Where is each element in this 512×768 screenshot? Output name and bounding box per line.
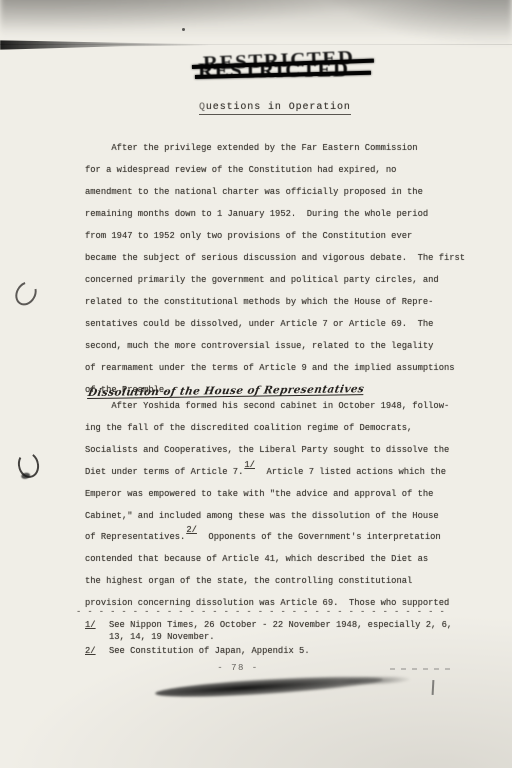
text-line: contended that because of Article 41, wh…	[85, 549, 495, 571]
footnote-text: See Constitution of Japan, Appendix 5.	[109, 645, 485, 657]
footnote-ref-marker: 2/	[185, 525, 198, 535]
margin-annotation-circle	[16, 450, 42, 480]
footnote-text: See Nippon Times, 26 October - 22 Novemb…	[109, 619, 485, 644]
margin-annotation-circle	[11, 278, 41, 310]
restricted-stamp: RESTRICTED RESTRICTED	[198, 50, 376, 98]
text-line: See Nippon Times, 26 October - 22 Novemb…	[109, 619, 485, 631]
text-line: became the subject of serious discussion…	[85, 247, 495, 269]
text-lines: Emperor was empowered to take with "the …	[85, 484, 495, 528]
line-text: Diet under terms of Article 7.	[85, 467, 243, 477]
text-line: second, much the more controversial issu…	[85, 335, 495, 357]
text-line: Socialists and Cooperatives, the Liberal…	[85, 440, 495, 462]
text-line: After the privilege extended by the Far …	[85, 137, 495, 159]
text-line: of rearmament under the terms of Article…	[85, 357, 495, 379]
text-line: remaining months down to 1 January 1952.…	[85, 203, 495, 225]
footnote-marker: 2/	[85, 645, 109, 657]
text-line-with-footnote-ref: Diet under terms of Article 7.1/ Article…	[85, 462, 495, 484]
footnote: 2/ See Constitution of Japan, Appendix 5…	[85, 645, 485, 657]
text-line: amendment to the national charter was of…	[85, 181, 495, 203]
ink-tick	[432, 680, 435, 695]
text-line: ing the fall of the discredited coalitio…	[85, 418, 495, 440]
text-line: 13, 14, 19 November.	[109, 631, 485, 643]
line-text: of Representatives.	[85, 532, 185, 542]
footnote: 1/ See Nippon Times, 26 October - 22 Nov…	[85, 619, 485, 644]
paragraph-2: After Yoshida formed his second cabinet …	[85, 396, 495, 615]
ink-dots	[390, 668, 450, 670]
text-line: After Yoshida formed his second cabinet …	[85, 396, 495, 418]
text-line: for a widespread review of the Constitut…	[85, 159, 495, 181]
text-line: the highest organ of the state, the cont…	[85, 571, 495, 593]
text-line: Emperor was empowered to take with "the …	[85, 484, 495, 506]
text-line: related to the constitutional methods by…	[85, 291, 495, 313]
footnote-ref-marker: 1/	[243, 460, 256, 470]
text-line: sentatives could be dissolved, under Art…	[85, 313, 495, 335]
footnote-separator: - - - - - - - - - - - - - - - - - - - - …	[76, 605, 496, 619]
line-text: Article 7 listed actions which the	[256, 467, 446, 477]
footnotes: 1/ See Nippon Times, 26 October - 22 Nov…	[85, 619, 485, 658]
page-title: Questions in Operation	[199, 102, 351, 115]
text-line: Cabinet," and included among these was t…	[85, 506, 495, 528]
text-line-with-footnote-ref: of Representatives.2/ Opponents of the G…	[85, 527, 495, 549]
text-line: from 1947 to 1952 only two provisions of…	[85, 225, 495, 247]
ink-smudge-small	[340, 675, 410, 686]
text-lines: After Yoshida formed his second cabinet …	[85, 396, 495, 462]
text-line: concerned primarily the government and p…	[85, 269, 495, 291]
paragraph-1: After the privilege extended by the Far …	[85, 137, 495, 401]
fold-line	[0, 44, 512, 45]
footnote-marker: 1/	[85, 619, 109, 631]
ink-speck	[182, 28, 185, 31]
document-page: RESTRICTED RESTRICTED Questions in Opera…	[0, 0, 512, 768]
line-text: Opponents of the Government's interpreta…	[198, 532, 441, 542]
text-line: See Constitution of Japan, Appendix 5.	[109, 645, 485, 657]
